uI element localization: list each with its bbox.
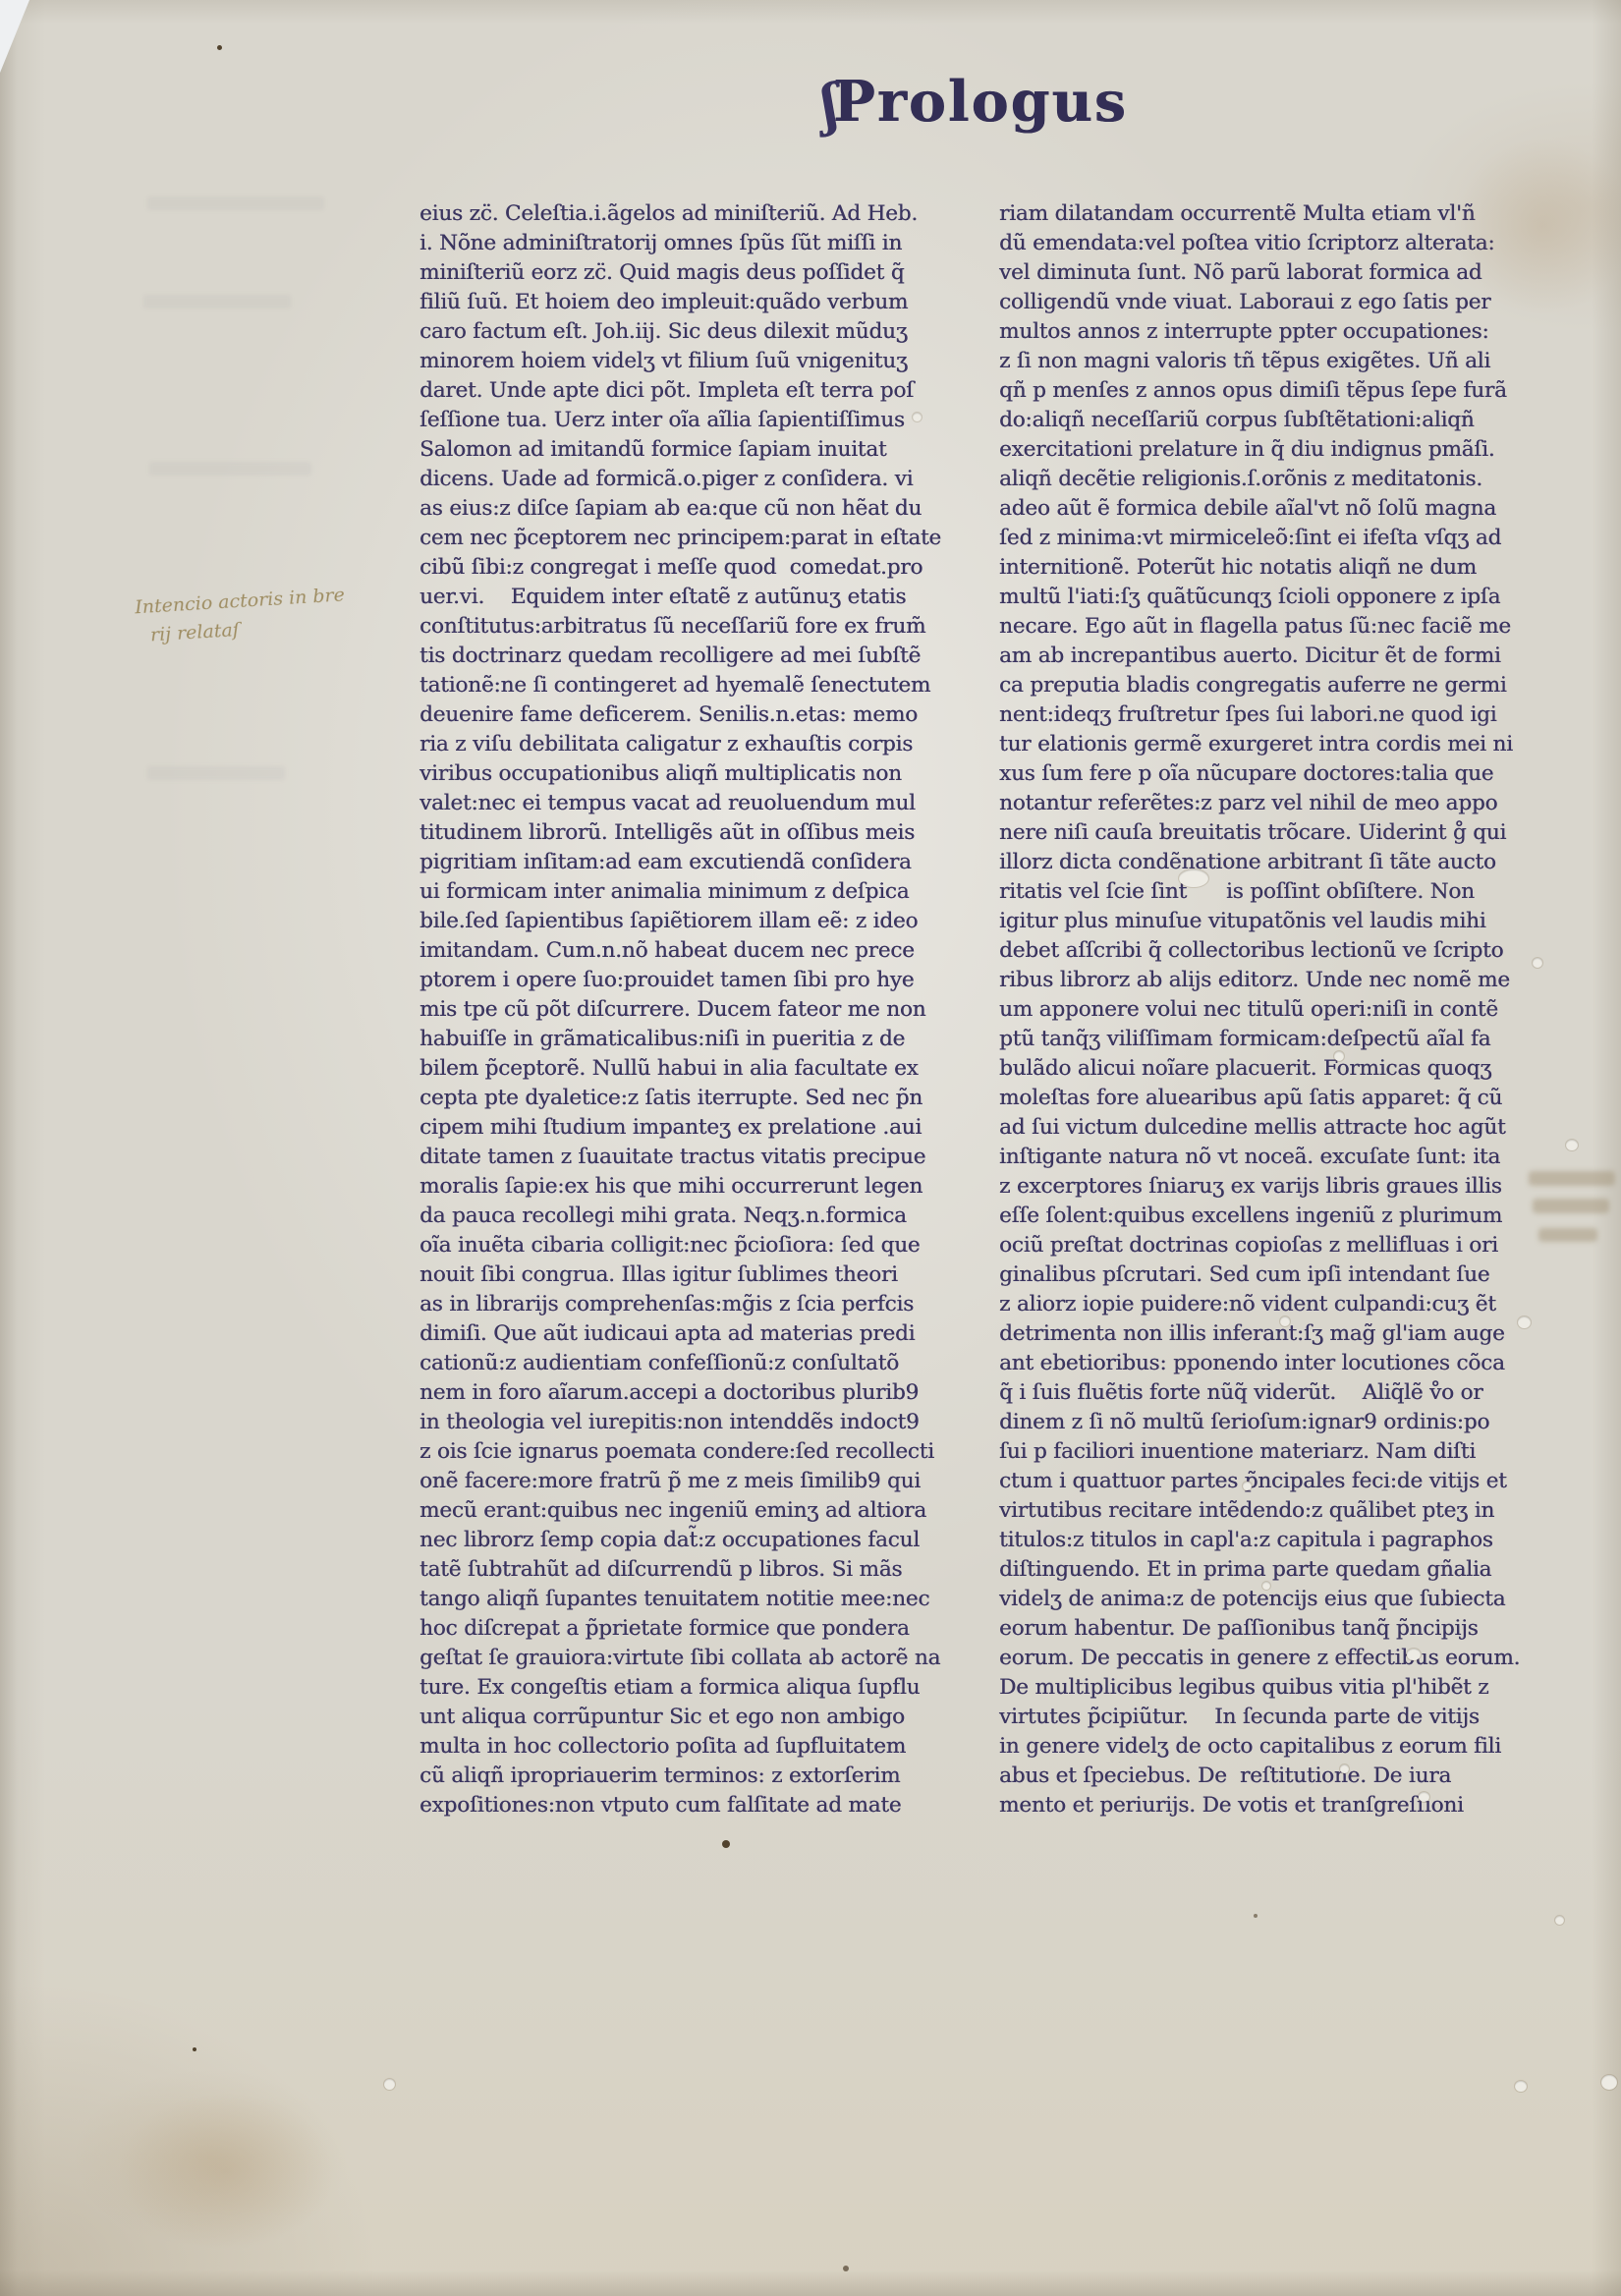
faint-marginalia-smudge bbox=[1533, 1199, 1609, 1213]
text-line: ture. Ex congeſtis etiam a formica aliqu… bbox=[419, 1673, 941, 1703]
paper-hole bbox=[1407, 1649, 1421, 1660]
text-line: ſed z minima:vt mirmiceleõ:ſint ei ifeſt… bbox=[999, 524, 1527, 553]
faint-marginalia-smudge bbox=[1529, 1171, 1615, 1186]
text-line: igitur plus minuſue vitupatõnis vel laud… bbox=[999, 907, 1527, 936]
paper-hole bbox=[1555, 1916, 1564, 1925]
paper-hole bbox=[1518, 1316, 1531, 1328]
text-line: diſtinguendo. Et in prima parte quedam g… bbox=[999, 1555, 1527, 1585]
text-line: filiũ ſuũ. Et hoiem deo impleuit:quãdo v… bbox=[419, 288, 941, 317]
text-line: virtutes p̃cipiũtur. In ſecunda parte de… bbox=[999, 1703, 1527, 1732]
text-column-right: riam dilatandam occurrentẽ Multa etiam v… bbox=[999, 199, 1527, 1820]
text-line: in theologia vel iurepitis:non intenddẽs… bbox=[419, 1408, 941, 1437]
text-line: dimiſi. Que aũt iudicaui apta ad materia… bbox=[419, 1319, 941, 1349]
paper-stain bbox=[118, 2093, 334, 2250]
text-line: adeo aũt ẽ formica debile aĩal'vt nõ ſol… bbox=[999, 494, 1527, 524]
paper-hole bbox=[1340, 1764, 1349, 1773]
text-line: daret. Unde apte dici põt. Impleta eſt t… bbox=[419, 376, 941, 406]
text-line: xus ſum fere p oĩa nũcupare doctores:tal… bbox=[999, 759, 1527, 789]
paper-hole bbox=[1566, 1140, 1578, 1150]
text-line: cipem mihi ſtudium impanteʒ ex prelation… bbox=[419, 1113, 941, 1143]
text-line: internitionẽ. Poterũt hic notatis aliqñ … bbox=[999, 553, 1527, 583]
text-line: Salomon ad imitandũ formice ſapiam inuit… bbox=[419, 435, 941, 465]
text-line: valet:nec ei tempus vacat ad reuoluendum… bbox=[419, 789, 941, 818]
text-line: vel diminuta ſunt. Nõ parũ laborat formi… bbox=[999, 258, 1527, 288]
text-line: tis doctrinarz quedam recolligere ad mei… bbox=[419, 642, 941, 671]
text-line: i. Nõne adminiſtratorij omnes ſpũs ſũt m… bbox=[419, 229, 941, 258]
paper-hole bbox=[1533, 958, 1542, 968]
text-line: exercitationi prelature in q̃ diu indign… bbox=[999, 435, 1527, 465]
paper-hole bbox=[1179, 869, 1208, 887]
text-line: ribus librorz ab alijs editorz. Unde nec… bbox=[999, 966, 1527, 995]
ink-speck bbox=[1254, 1914, 1258, 1918]
text-line: nere niſi cauſa breuitatis trõcare. Uide… bbox=[999, 818, 1527, 848]
text-line: bulãdo alicui noĩare placuerit. Formicas… bbox=[999, 1054, 1527, 1084]
text-line: ad ſui victum dulcedine mellis attracte … bbox=[999, 1113, 1527, 1143]
text-line: ctum i quattuor partes p̃ncipales feci:d… bbox=[999, 1467, 1527, 1496]
paper-stain bbox=[1454, 138, 1621, 314]
text-line: multũ l'iati:ſʒ quãtũcunqʒ ſcioli oppone… bbox=[999, 583, 1527, 612]
paper-hole bbox=[1262, 1582, 1270, 1590]
bleedthrough-ghost bbox=[147, 766, 285, 780]
bleedthrough-ghost bbox=[147, 196, 324, 210]
ink-speck bbox=[843, 2266, 849, 2271]
text-line: mento et periurijs. De votis et tranſgre… bbox=[999, 1791, 1527, 1820]
page-title-text: Prologus bbox=[833, 69, 1128, 135]
text-line: habuiſſe in grãmaticalibus:niſi in pueri… bbox=[419, 1025, 941, 1054]
text-line: caro factum eſt. Joh.iij. Sic deus dilex… bbox=[419, 317, 941, 347]
text-line: cationũ:z audientiam confeſſionũ:z conſu… bbox=[419, 1349, 941, 1378]
text-line: illorz dicta condẽnatione arbitrant ſi t… bbox=[999, 848, 1527, 877]
text-line: multa in hoc collectorio poſita ad ſupfl… bbox=[419, 1732, 941, 1762]
text-line: bilem p̃ceptorẽ. Nullũ habui in alia fac… bbox=[419, 1054, 941, 1084]
page-corner-scan-gap bbox=[0, 0, 29, 73]
bleedthrough-ghost bbox=[143, 295, 291, 308]
text-line: tur elationis germẽ exurgeret intra cord… bbox=[999, 730, 1527, 759]
text-line: mis tpe cũ põt diſcurrere. Ducem fateor … bbox=[419, 995, 941, 1025]
paper-hole bbox=[913, 413, 922, 421]
text-line: deuenire fame deficerem. Senilis.n.etas:… bbox=[419, 700, 941, 730]
text-line: am ab increpantibus auerto. Dicitur ẽt d… bbox=[999, 642, 1527, 671]
text-line: nec librorz ſemp copia dat̃:z occupation… bbox=[419, 1526, 941, 1555]
text-line: unt aliqua corrũpuntur Sic et ego non am… bbox=[419, 1703, 941, 1732]
text-line: ria z viſu debilitata caligatur z exhauſ… bbox=[419, 730, 941, 759]
scanned-book-page: ʃPrologus eius zc̈. Celeſtia.i.ãgelos ad… bbox=[0, 0, 1621, 2296]
text-line: q̃ i ſuis fluẽtis forte nũq̃ viderũt. Al… bbox=[999, 1378, 1527, 1408]
ink-speck bbox=[722, 1840, 730, 1848]
text-line: dũ emendata:vel poſtea vitio ſcriptorz a… bbox=[999, 229, 1527, 258]
text-line: virtutibus recitare intẽdendo:z quãlibet… bbox=[999, 1496, 1527, 1526]
text-line: riam dilatandam occurrentẽ Multa etiam v… bbox=[999, 199, 1527, 229]
text-line: expoſitiones:non vtputo cum falſitate ad… bbox=[419, 1791, 941, 1820]
text-line: da pauca recollegi mihi grata. Neqʒ.n.fo… bbox=[419, 1202, 941, 1231]
text-line: ui formicam inter animalia minimum z deſ… bbox=[419, 877, 941, 907]
text-line: onẽ facere:more fratrũ p̃ me z meis ſimi… bbox=[419, 1467, 941, 1496]
text-line: bile.ſed ſapientibus ſapiẽtiorem illam e… bbox=[419, 907, 941, 936]
text-line: ritatis vel ſcie ſint is poſſint obſiſte… bbox=[999, 877, 1527, 907]
ink-speck bbox=[217, 45, 222, 50]
text-line: eorum habentur. De paſſionibus tanq̃ p̃n… bbox=[999, 1614, 1527, 1644]
paper-hole bbox=[1419, 1792, 1429, 1802]
text-line: tationẽ:ne ſi contingeret ad hyemalẽ ſen… bbox=[419, 671, 941, 700]
bleedthrough-ghost bbox=[149, 462, 311, 476]
text-line: cibũ ſibi:z congregat i meſſe quod comed… bbox=[419, 553, 941, 583]
text-line: dicens. Uade ad formicã.o.piger z conſid… bbox=[419, 465, 941, 494]
text-line: debet aſſcribi q̃ collectoribus lectionũ… bbox=[999, 936, 1527, 966]
page-title: ʃPrologus bbox=[821, 69, 1128, 135]
text-line: De multiplicibus legibus quibus vitia pl… bbox=[999, 1673, 1527, 1703]
text-line: nent:ideqʒ fruſtretur ſpes ſui labori.ne… bbox=[999, 700, 1527, 730]
handwritten-margin-note: Intencio actoris in bre rij relataſ bbox=[134, 580, 372, 651]
text-line: titulos:z titulos in capl'a:z capitula i… bbox=[999, 1526, 1527, 1555]
text-line: tatẽ ſubtrahũt ad diſcurrendũ p libros. … bbox=[419, 1555, 941, 1585]
text-line: miniſteriũ eorz zc̈. Quid magis deus poſ… bbox=[419, 258, 941, 288]
text-line: eius zc̈. Celeſtia.i.ãgelos ad miniſteri… bbox=[419, 199, 941, 229]
text-line: geſtat ſe grauiora:virtute ſibi collata … bbox=[419, 1644, 941, 1673]
text-line: mecũ erant:quibus nec ingeniũ eminʒ ad a… bbox=[419, 1496, 941, 1526]
text-line: colligendũ vnde viuat. Laboraui z ego ſa… bbox=[999, 288, 1527, 317]
text-line: moralis ſapie:ex his que mihi occurrerun… bbox=[419, 1172, 941, 1202]
text-line: ca preputia bladis congregatis auferre n… bbox=[999, 671, 1527, 700]
text-line: ſui p faciliori inuentione materiarz. Na… bbox=[999, 1437, 1527, 1467]
text-line: necare. Ego aũt in flagella patus ſũ:nec… bbox=[999, 612, 1527, 642]
text-line: aliqñ decẽtie religionis.ſ.orõnis z medi… bbox=[999, 465, 1527, 494]
text-line: as eius:z diſce ſapiam ab ea:que cũ non … bbox=[419, 494, 941, 524]
text-line: z ſi non magni valoris tñ tẽpus exigẽtes… bbox=[999, 347, 1527, 376]
text-line: do:aliqñ neceſſariũ corpus ſubſtẽtationi… bbox=[999, 406, 1527, 435]
faint-marginalia-smudge bbox=[1538, 1228, 1597, 1242]
paper-hole bbox=[384, 2079, 395, 2090]
text-line: ptorem i opere ſuo:prouidet tamen ſibi p… bbox=[419, 966, 941, 995]
text-line: ginalibus pſcrutari. Sed cum ipſi intend… bbox=[999, 1260, 1527, 1290]
text-line: ptũ tanq̃ʒ viliſſimam formicam:deſpectũ … bbox=[999, 1025, 1527, 1054]
text-line: ociũ preſtat doctrinas copioſas z mellif… bbox=[999, 1231, 1527, 1260]
text-line: ditate tamen z ſuauitate tractus vitatis… bbox=[419, 1143, 941, 1172]
text-line: qñ p menſes z annos opus dimiſi tẽpus ſe… bbox=[999, 376, 1527, 406]
text-line: conſtitutus:arbitratus ſũ neceſſariũ for… bbox=[419, 612, 941, 642]
text-line: nouit ſibi congrua. Illas igitur ſublime… bbox=[419, 1260, 941, 1290]
text-line: videlʒ de anima:z de potencijs eius que … bbox=[999, 1585, 1527, 1614]
paper-hole bbox=[1243, 1482, 1252, 1490]
text-line: dinem z ſi nõ multũ ſerioſum:ignar9 ordi… bbox=[999, 1408, 1527, 1437]
text-line: moleſtas fore aluearibus apũ ſatis appar… bbox=[999, 1084, 1527, 1113]
text-line: pigritiam inſitam:ad eam excutiendã conſ… bbox=[419, 848, 941, 877]
text-line: z excerptores ſniaruʒ ex varijs libris g… bbox=[999, 1172, 1527, 1202]
text-line: z ois ſcie ignarus poemata condere:ſed r… bbox=[419, 1437, 941, 1467]
text-line: in genere videlʒ de octo capitalibus z e… bbox=[999, 1732, 1527, 1762]
text-line: eorum. De peccatis in genere z effectibu… bbox=[999, 1644, 1527, 1673]
text-line: multos annos z interrupte ppter occupati… bbox=[999, 317, 1527, 347]
text-column-left: eius zc̈. Celeſtia.i.ãgelos ad miniſteri… bbox=[419, 199, 941, 1820]
paper-hole bbox=[1280, 1316, 1290, 1326]
paper-hole bbox=[1601, 2075, 1617, 2090]
text-line: detrimenta non illis inferant:ſʒ mag̃ gl… bbox=[999, 1319, 1527, 1349]
text-line: oĩa inuẽta cibaria colligit:nec p̃cioſio… bbox=[419, 1231, 941, 1260]
text-line: uer.vi. Equidem inter eſtatẽ z autũnuʒ e… bbox=[419, 583, 941, 612]
text-line: z aliorz iopie puidere:nõ vident culpand… bbox=[999, 1290, 1527, 1319]
text-line: minorem hoiem videlʒ vt filium ſuũ vnige… bbox=[419, 347, 941, 376]
paper-hole bbox=[1334, 1051, 1344, 1061]
text-line: abus et ſpeciebus. De reſtitutione. De i… bbox=[999, 1762, 1527, 1791]
text-line: tango aliqñ ſupantes tenuitatem notitie … bbox=[419, 1585, 941, 1614]
ink-speck bbox=[193, 2047, 196, 2051]
text-line: imitandam. Cum.n.nõ habeat ducem nec pre… bbox=[419, 936, 941, 966]
text-line: cũ aliqñ ipropriauerim terminos: z extor… bbox=[419, 1762, 941, 1791]
text-line: eſſe ſolent:quibus excellens ingeniũ z p… bbox=[999, 1202, 1527, 1231]
text-line: notantur referẽtes:z parz vel nihil de m… bbox=[999, 789, 1527, 818]
text-line: hoc diſcrepat a p̃prietate formice que p… bbox=[419, 1614, 941, 1644]
text-line: viribus occupationibus aliqñ multiplicat… bbox=[419, 759, 941, 789]
text-line: cem nec p̃ceptorem nec principem:parat i… bbox=[419, 524, 938, 553]
text-line: as in librarijs comprehenſas:mg̃is z ſci… bbox=[419, 1290, 941, 1319]
text-line: inſtigante natura nõ vt noceã. excuſate … bbox=[999, 1143, 1527, 1172]
text-line: titudinem librorũ. Intelligẽs aũt in oſſ… bbox=[419, 818, 941, 848]
text-line: nem in foro aĩarum.accepi a doctoribus p… bbox=[419, 1378, 941, 1408]
paper-hole bbox=[1515, 2081, 1527, 2092]
text-line: ant ebetioribus: pponendo inter locution… bbox=[999, 1349, 1527, 1378]
text-line: um apponere volui nec titulũ operi:niſi … bbox=[999, 995, 1527, 1025]
text-line: cepta pte dyaletice:z ſatis iterrupte. S… bbox=[419, 1084, 941, 1113]
text-line: ſeſſione tua. Uerz inter oĩa aĩlia ſapie… bbox=[419, 406, 941, 435]
